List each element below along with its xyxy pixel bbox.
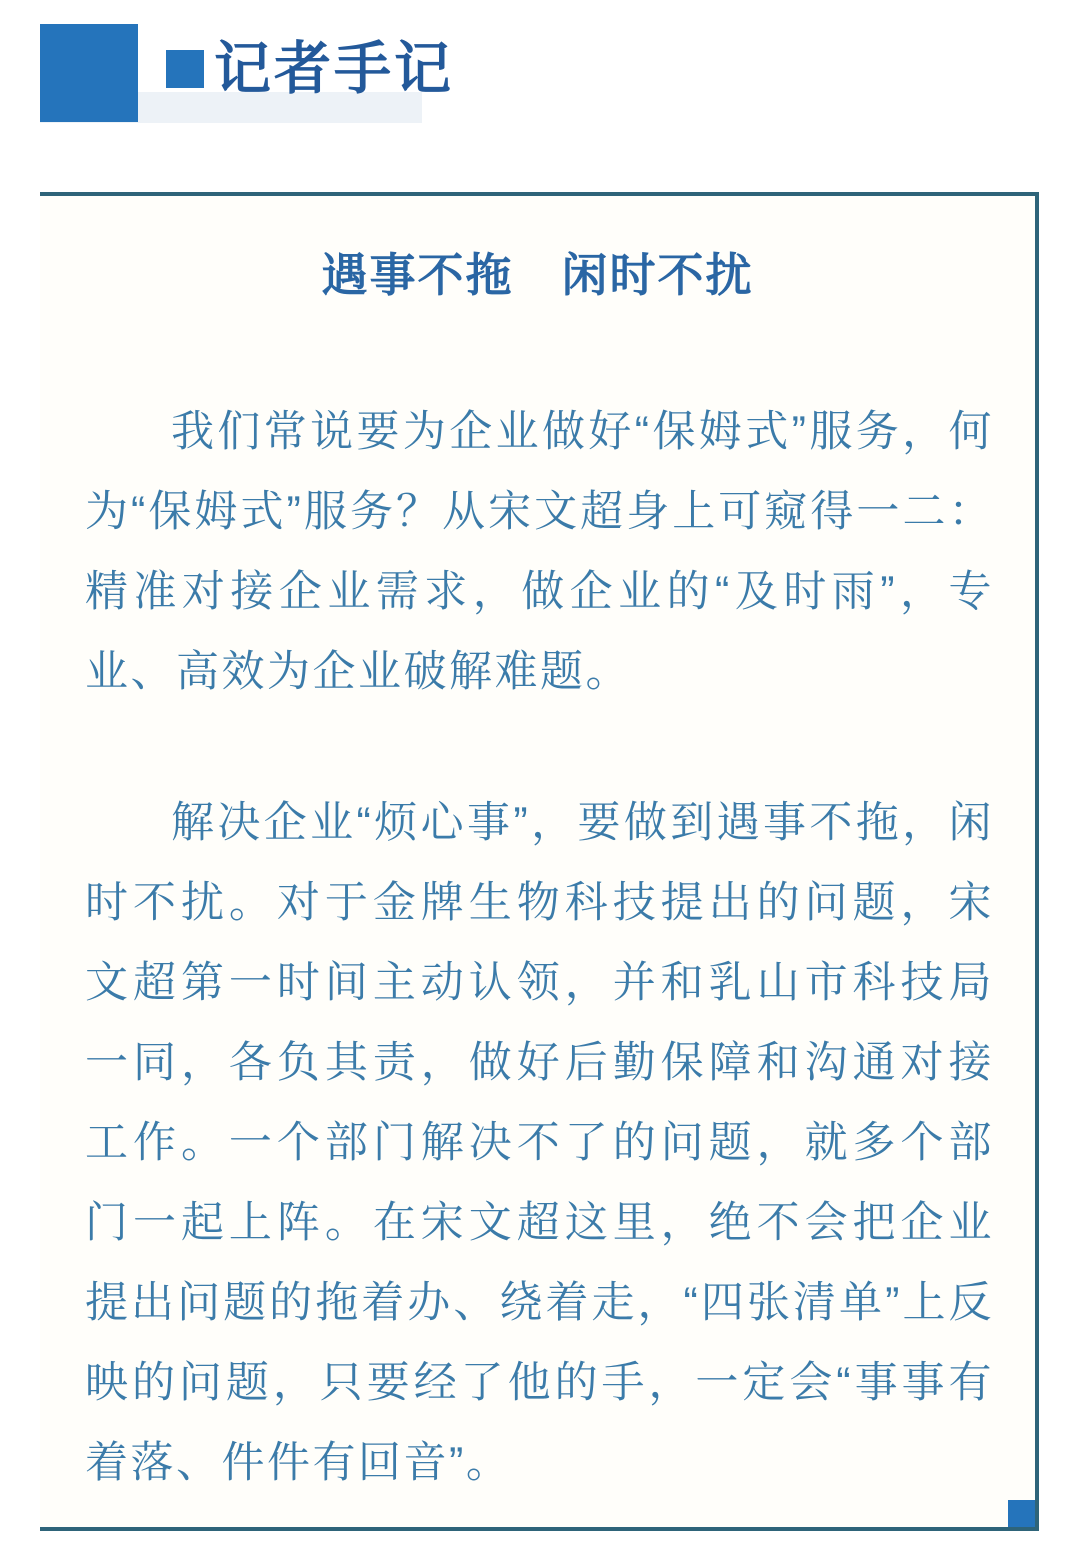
- article-page: 记者手记 遇事不拖 闲时不扰 我们常说要为企业做好“保姆式”服务，何为“保姆式”…: [0, 0, 1079, 1561]
- corner-accent-square: [1008, 1500, 1035, 1527]
- section-title: 记者手记: [214, 38, 454, 100]
- note-title: 遇事不拖 闲时不扰: [40, 245, 1035, 305]
- bullet-square-icon: [166, 50, 204, 88]
- paragraph: 解决企业“烦心事”，要做到遇事不拖，闲时不扰。对于金牌生物科技提出的问题，宋文超…: [85, 783, 994, 1503]
- header-accent-square: [40, 24, 138, 122]
- note-body: 我们常说要为企业做好“保姆式”服务，何为“保姆式”服务？从宋文超身上可窥得一二：…: [85, 392, 994, 1503]
- header-row: 记者手记: [166, 38, 454, 100]
- paragraph: 我们常说要为企业做好“保姆式”服务，何为“保姆式”服务？从宋文超身上可窥得一二：…: [85, 392, 994, 712]
- reporter-note-box: 遇事不拖 闲时不扰 我们常说要为企业做好“保姆式”服务，何为“保姆式”服务？从宋…: [40, 192, 1039, 1531]
